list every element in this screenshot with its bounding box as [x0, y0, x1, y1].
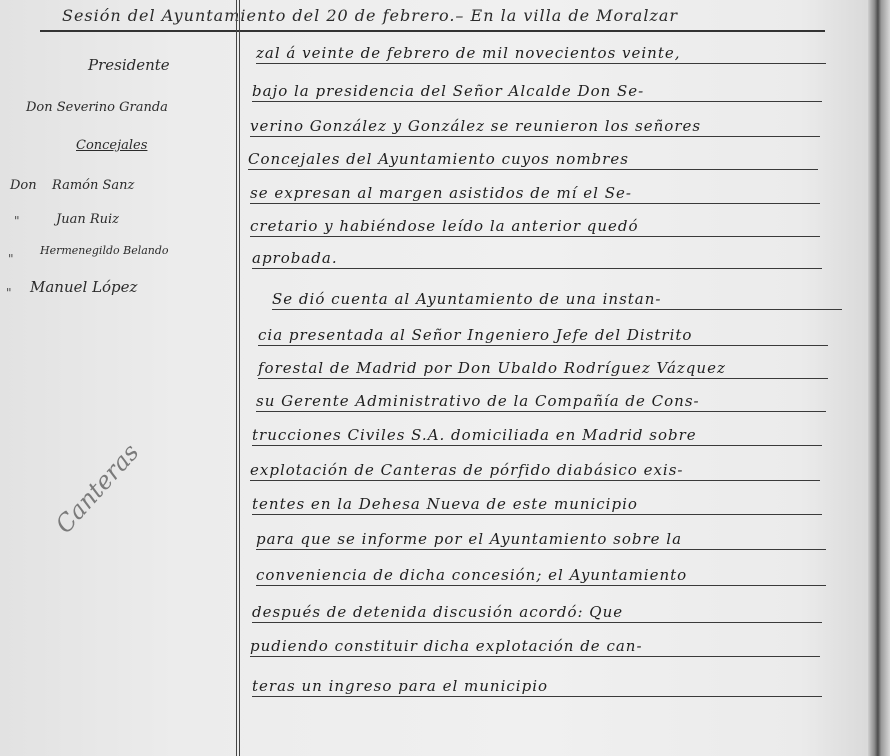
- minutes-line: verino González y González se reunieron …: [250, 117, 820, 137]
- councillor-name: Manuel López: [30, 278, 137, 296]
- minutes-line: forestal de Madrid por Don Ubaldo Rodríg…: [258, 359, 828, 379]
- minutes-line: su Gerente Administrativo de la Compañía…: [256, 392, 826, 412]
- minutes-line: Se dió cuenta al Ayuntamiento de una ins…: [272, 290, 842, 310]
- councillor-prefix: Don: [10, 178, 37, 193]
- margin-divider: [236, 0, 237, 756]
- minutes-line: aprobada.: [252, 249, 822, 269]
- minutes-line: bajo la presidencia del Señor Alcalde Do…: [252, 82, 822, 102]
- minutes-line: cia presentada al Señor Ingeniero Jefe d…: [258, 326, 828, 346]
- pencil-margin-note: Canteras: [50, 438, 144, 539]
- header-rule: [40, 30, 825, 32]
- president-heading: Presidente: [88, 56, 170, 74]
- minutes-line: conveniencia de dicha concesión; el Ayun…: [256, 566, 826, 586]
- ditto-mark: ": [14, 214, 20, 228]
- minutes-line: después de detenida discusión acordó: Qu…: [252, 603, 822, 623]
- ditto-mark: ": [8, 252, 14, 266]
- margin-divider-2: [239, 0, 240, 756]
- minutes-line: Concejales del Ayuntamiento cuyos nombre…: [248, 150, 818, 170]
- book-spine: [868, 0, 890, 756]
- councillor-name: Ramón Sanz: [52, 178, 134, 193]
- minutes-line: pudiendo constituir dicha explotación de…: [250, 637, 820, 657]
- councillor-name: Hermenegildo Belando: [40, 244, 169, 257]
- councillor-name: Juan Ruiz: [56, 212, 119, 227]
- minutes-line: zal á veinte de febrero de mil novecient…: [256, 44, 826, 64]
- session-header: Sesión del Ayuntamiento del 20 de febrer…: [62, 6, 678, 25]
- minutes-line: explotación de Canteras de pórfido diabá…: [250, 461, 820, 481]
- minutes-line: cretario y habiéndose leído la anterior …: [250, 217, 820, 237]
- president-name: Don Severino Granda: [26, 100, 168, 115]
- minutes-line: trucciones Civiles S.A. domiciliada en M…: [252, 426, 822, 446]
- minutes-line: teras un ingreso para el municipio: [252, 677, 822, 697]
- document-page: Sesión del Ayuntamiento del 20 de febrer…: [0, 0, 890, 756]
- minutes-line: tentes en la Dehesa Nueva de este munici…: [252, 495, 822, 515]
- councillors-heading: Concejales: [76, 138, 147, 153]
- minutes-line: se expresan al margen asistidos de mí el…: [250, 184, 820, 204]
- minutes-line: para que se informe por el Ayuntamiento …: [256, 530, 826, 550]
- ditto-mark: ": [6, 286, 12, 300]
